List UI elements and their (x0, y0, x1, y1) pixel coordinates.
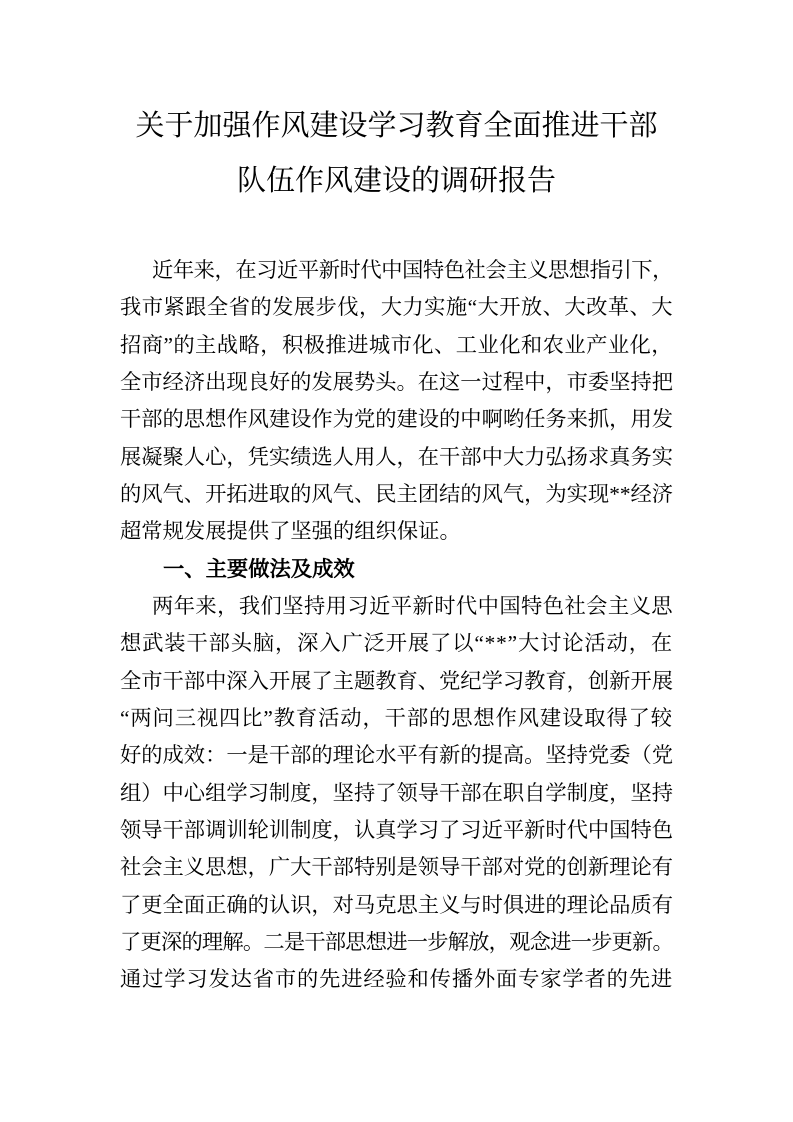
body-line: 领导干部调训轮训制度，认真学习了习近平新时代中国特色 (120, 812, 673, 849)
paragraph-2: 两年来，我们坚持用习近平新时代中国特色社会主义思 想武装干部头脑，深入广泛开展了… (120, 588, 673, 999)
body-line: 超常规发展提供了坚强的组织保证。 (120, 513, 673, 550)
body-line: 全市经济出现良好的发展势头。在这一过程中，市委坚持把 (120, 364, 673, 401)
body-line: 了更深的理解。二是干部思想进一步解放，观念进一步更新。 (120, 924, 673, 961)
document-title-line-1: 关于加强作风建设学习教育全面推进干部 (120, 99, 673, 154)
body-line: 了更全面正确的认识，对马克思主义与时俱进的理论品质有 (120, 887, 673, 924)
body-line: 组）中心组学习制度，坚持了领导干部在职自学制度，坚持 (120, 775, 673, 812)
body-line: 招商”的主战略，积极推进城市化、工业化和农业产业化， (120, 327, 673, 364)
body-line: 展凝聚人心，凭实绩选人用人，在干部中大力弘扬求真务实 (120, 439, 673, 476)
paragraph-1: 近年来，在习近平新时代中国特色社会主义思想指引下， 我市紧跟全省的发展步伐，大力… (120, 252, 673, 551)
body-line: 的风气、开拓进取的风气、民主团结的风气，为实现**经济 (120, 476, 673, 513)
document-content: 关于加强作风建设学习教育全面推进干部 队伍作风建设的调研报告 近年来，在习近平新… (120, 99, 673, 999)
document-title-line-2: 队伍作风建设的调研报告 (120, 154, 673, 209)
document-body: 近年来，在习近平新时代中国特色社会主义思想指引下， 我市紧跟全省的发展步伐，大力… (120, 252, 673, 999)
body-line: 两年来，我们坚持用习近平新时代中国特色社会主义思 (120, 588, 673, 625)
section-heading-1: 一、主要做法及成效 (120, 551, 673, 588)
body-line: 全市干部中深入开展了主题教育、党纪学习教育，创新开展 (120, 663, 673, 700)
body-line: 我市紧跟全省的发展步伐，大力实施“大开放、大改革、大 (120, 289, 673, 326)
body-line: 好的成效：一是干部的理论水平有新的提高。坚持党委（党 (120, 737, 673, 774)
body-line: 近年来，在习近平新时代中国特色社会主义思想指引下， (120, 252, 673, 289)
body-line: 通过学习发达省市的先进经验和传播外面专家学者的先进 (120, 961, 673, 998)
body-line: “两问三视四比”教育活动，干部的思想作风建设取得了较 (120, 700, 673, 737)
document-title: 关于加强作风建设学习教育全面推进干部 队伍作风建设的调研报告 (120, 99, 673, 209)
body-line: 社会主义思想，广大干部特别是领导干部对党的创新理论有 (120, 849, 673, 886)
body-line: 干部的思想作风建设作为党的建设的中啊哟任务来抓，用发 (120, 401, 673, 438)
body-line: 想武装干部头脑，深入广泛开展了以“**”大讨论活动，在 (120, 625, 673, 662)
document-page: 关于加强作风建设学习教育全面推进干部 队伍作风建设的调研报告 近年来，在习近平新… (0, 0, 793, 1122)
